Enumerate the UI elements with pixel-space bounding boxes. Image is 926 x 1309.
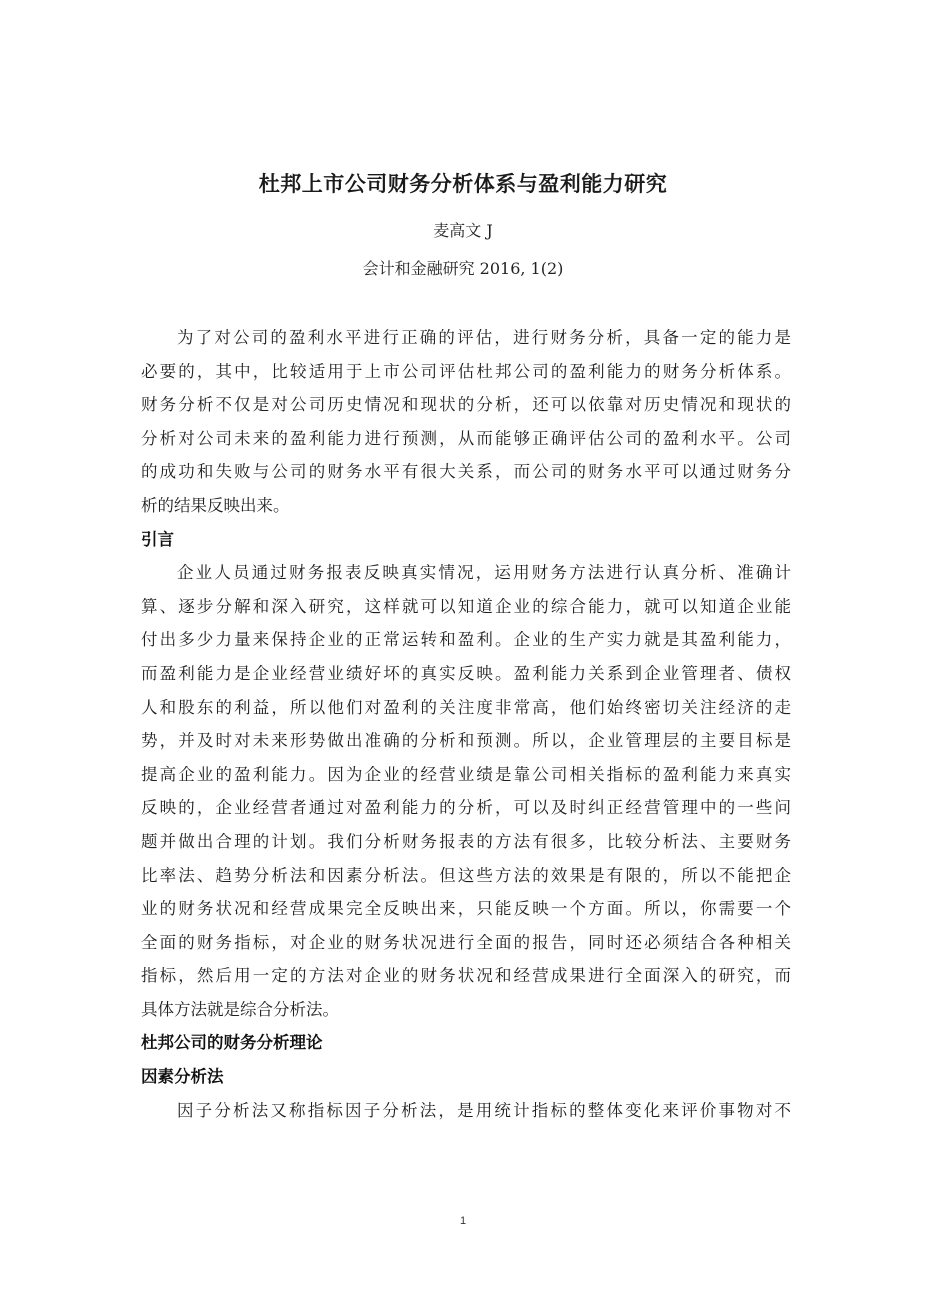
text-line: 析的结果反映出来。 (141, 489, 791, 523)
text-line: 全面的财务指标，对企业的财务状况进行全面的报告，同时还必须结合各种相关 (141, 926, 791, 960)
document-page: 杜邦上市公司财务分析体系与盈利能力研究 麦高文 J 会计和金融研究 2016, … (0, 0, 926, 1309)
text-line: 企业人员通过财务报表反映真实情况，运用财务方法进行认真分析、准确计 (141, 556, 791, 590)
text-line: 题并做出合理的计划。我们分析财务报表的方法有很多，比较分析法、主要财务 (141, 825, 791, 859)
text-line: 的成功和失败与公司的财务水平有很大关系，而公司的财务水平可以通过财务分 (141, 455, 791, 489)
text-line: 势，并及时对未来形势做出准确的分析和预测。所以，企业管理层的主要目标是 (141, 724, 791, 758)
text-line: 提高企业的盈利能力。因为企业的经营业绩是靠公司相关指标的盈利能力来真实 (141, 758, 791, 792)
paper-title: 杜邦上市公司财务分析体系与盈利能力研究 (0, 168, 926, 198)
text-line: 具体方法就是综合分析法。 (141, 993, 791, 1027)
text-line: 反映的，企业经营者通过对盈利能力的分析，可以及时纠正经营管理中的一些问 (141, 791, 791, 825)
text-line: 必要的，其中，比较适用于上市公司评估杜邦公司的盈利能力的财务分析体系。 (141, 355, 791, 389)
text-line: 比率法、趋势分析法和因素分析法。但这些方法的效果是有限的，所以不能把企 (141, 859, 791, 893)
text-line: 业的财务状况和经营成果完全反映出来，只能反映一个方面。所以，你需要一个 (141, 892, 791, 926)
text-line: 付出多少力量来保持企业的正常运转和盈利。企业的生产实力就是其盈利能力， (141, 623, 791, 657)
page-number: 1 (0, 1215, 926, 1227)
text-line: 财务分析不仅是对公司历史情况和现状的分析，还可以依靠对历史情况和现状的 (141, 388, 791, 422)
section-heading-introduction: 引言 (141, 523, 791, 557)
subsection-heading-factor-analysis: 因素分析法 (141, 1060, 791, 1094)
journal-citation: 会计和金融研究 2016, 1(2) (0, 256, 926, 279)
text-line: 人和股东的利益，所以他们对盈利的关注度非常高，他们始终密切关注经济的走 (141, 691, 791, 725)
text-line: 而盈利能力是企业经营业绩好坏的真实反映。盈利能力关系到企业管理者、债权 (141, 657, 791, 691)
section-heading-theory: 杜邦公司的财务分析理论 (141, 1026, 791, 1060)
text-line: 为了对公司的盈利水平进行正确的评估，进行财务分析，具备一定的能力是 (141, 321, 791, 355)
text-line: 分析对公司未来的盈利能力进行预测，从而能够正确评估公司的盈利水平。公司 (141, 422, 791, 456)
text-line: 指标，然后用一定的方法对企业的财务状况和经营成果进行全面深入的研究，而 (141, 959, 791, 993)
factor-analysis-paragraph: 因子分析法又称指标因子分析法，是用统计指标的整体变化来评价事物对不 (141, 1094, 791, 1128)
text-line: 算、逐步分解和深入研究，这样就可以知道企业的综合能力，就可以知道企业能 (141, 590, 791, 624)
paper-author: 麦高文 J (0, 218, 926, 241)
paper-body: 为了对公司的盈利水平进行正确的评估，进行财务分析，具备一定的能力是 必要的，其中… (141, 321, 791, 1127)
introduction-paragraph: 企业人员通过财务报表反映真实情况，运用财务方法进行认真分析、准确计 算、逐步分解… (141, 556, 791, 1026)
abstract-paragraph: 为了对公司的盈利水平进行正确的评估，进行财务分析，具备一定的能力是 必要的，其中… (141, 321, 791, 523)
text-line: 因子分析法又称指标因子分析法，是用统计指标的整体变化来评价事物对不 (141, 1094, 791, 1128)
